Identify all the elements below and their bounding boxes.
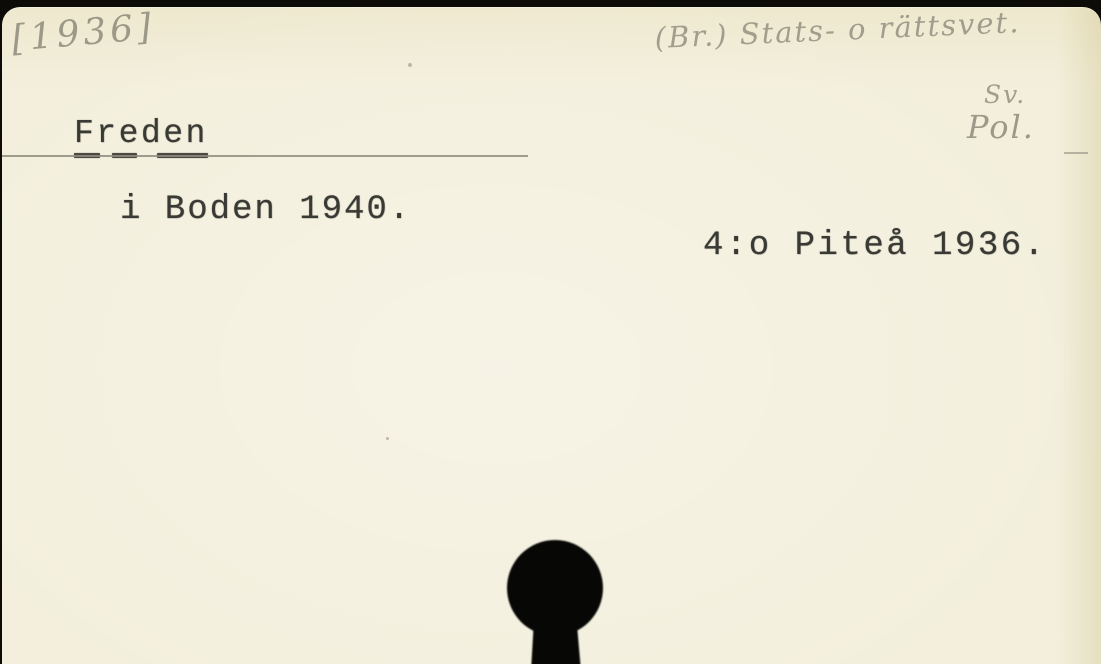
- card-imprint: 4:o Piteå 1936.: [703, 227, 1047, 265]
- printed-rule-line: [2, 155, 528, 157]
- index-card: [1936] (Br.) Stats- o rättsvet. Sv. Pol.…: [2, 7, 1101, 664]
- printed-rule-line-right-fragment: [1064, 152, 1088, 154]
- card-heading: Freden: [74, 115, 208, 152]
- scan-speck: [408, 63, 412, 67]
- pencil-year-annotation: [1936]: [10, 6, 157, 59]
- keyhole-punch-hole: [497, 532, 617, 664]
- card-subtitle: i Boden 1940.: [120, 191, 411, 229]
- pencil-subject-abbreviation: Pol.: [967, 108, 1035, 146]
- pencil-country-abbreviation: Sv.: [984, 80, 1026, 109]
- scanned-catalog-card: [1936] (Br.) Stats- o rättsvet. Sv. Pol.…: [0, 0, 1101, 664]
- pencil-classification-annotation: (Br.) Stats- o rättsvet.: [654, 5, 1021, 55]
- scan-speck: [386, 437, 389, 440]
